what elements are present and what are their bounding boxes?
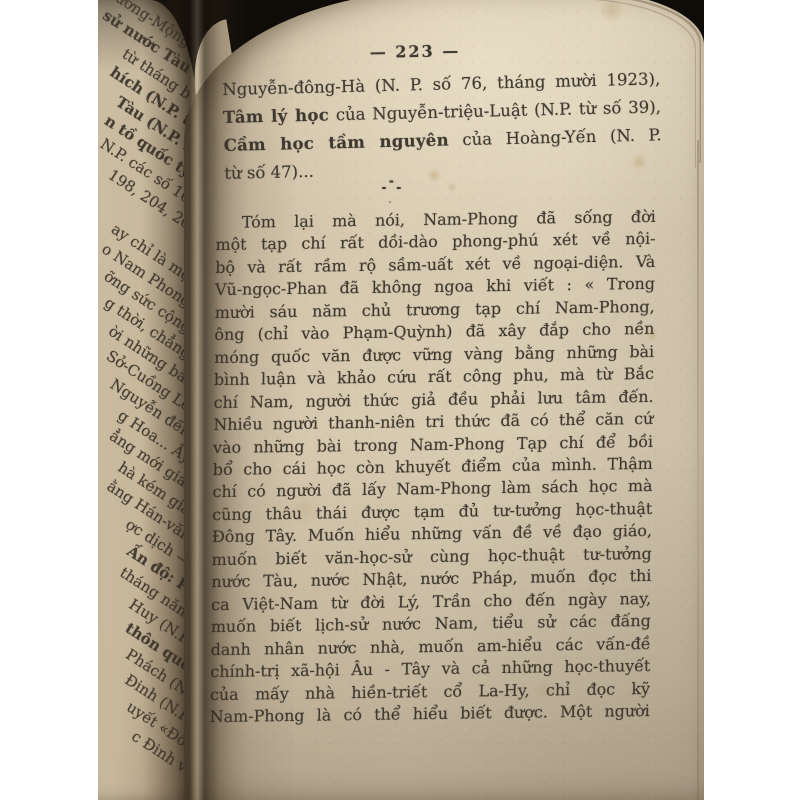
page-number: — 223 — <box>345 41 485 62</box>
body-text: Tóm lại mà nói, Nam-Phong đã sống đờimột… <box>210 206 656 729</box>
reference-title: Tâm lý học <box>223 105 330 127</box>
book-photo: a Vương-Mộngsử nước Tàutừ tháng bhích (N… <box>98 0 704 800</box>
right-page: — 223 — Nguyễn-đông-Hà (N. P. số 76, thá… <box>184 0 704 800</box>
fore-edge-line <box>697 140 699 800</box>
body-text-line: Nam-Phong là có thể hiểu biết được. Một … <box>210 700 650 729</box>
left-page-text: a Vương-Mộngsử nước Tàutừ tháng bhích (N… <box>98 0 198 750</box>
section-divider-ornament: ∴ <box>380 176 403 196</box>
reference-title: Cầm học tầm nguyên <box>223 130 449 154</box>
reference-rest: từ số 47)... <box>224 162 314 183</box>
page-edge-line <box>546 0 696 168</box>
left-page: a Vương-Mộngsử nước Tàutừ tháng bhích (N… <box>98 0 198 800</box>
